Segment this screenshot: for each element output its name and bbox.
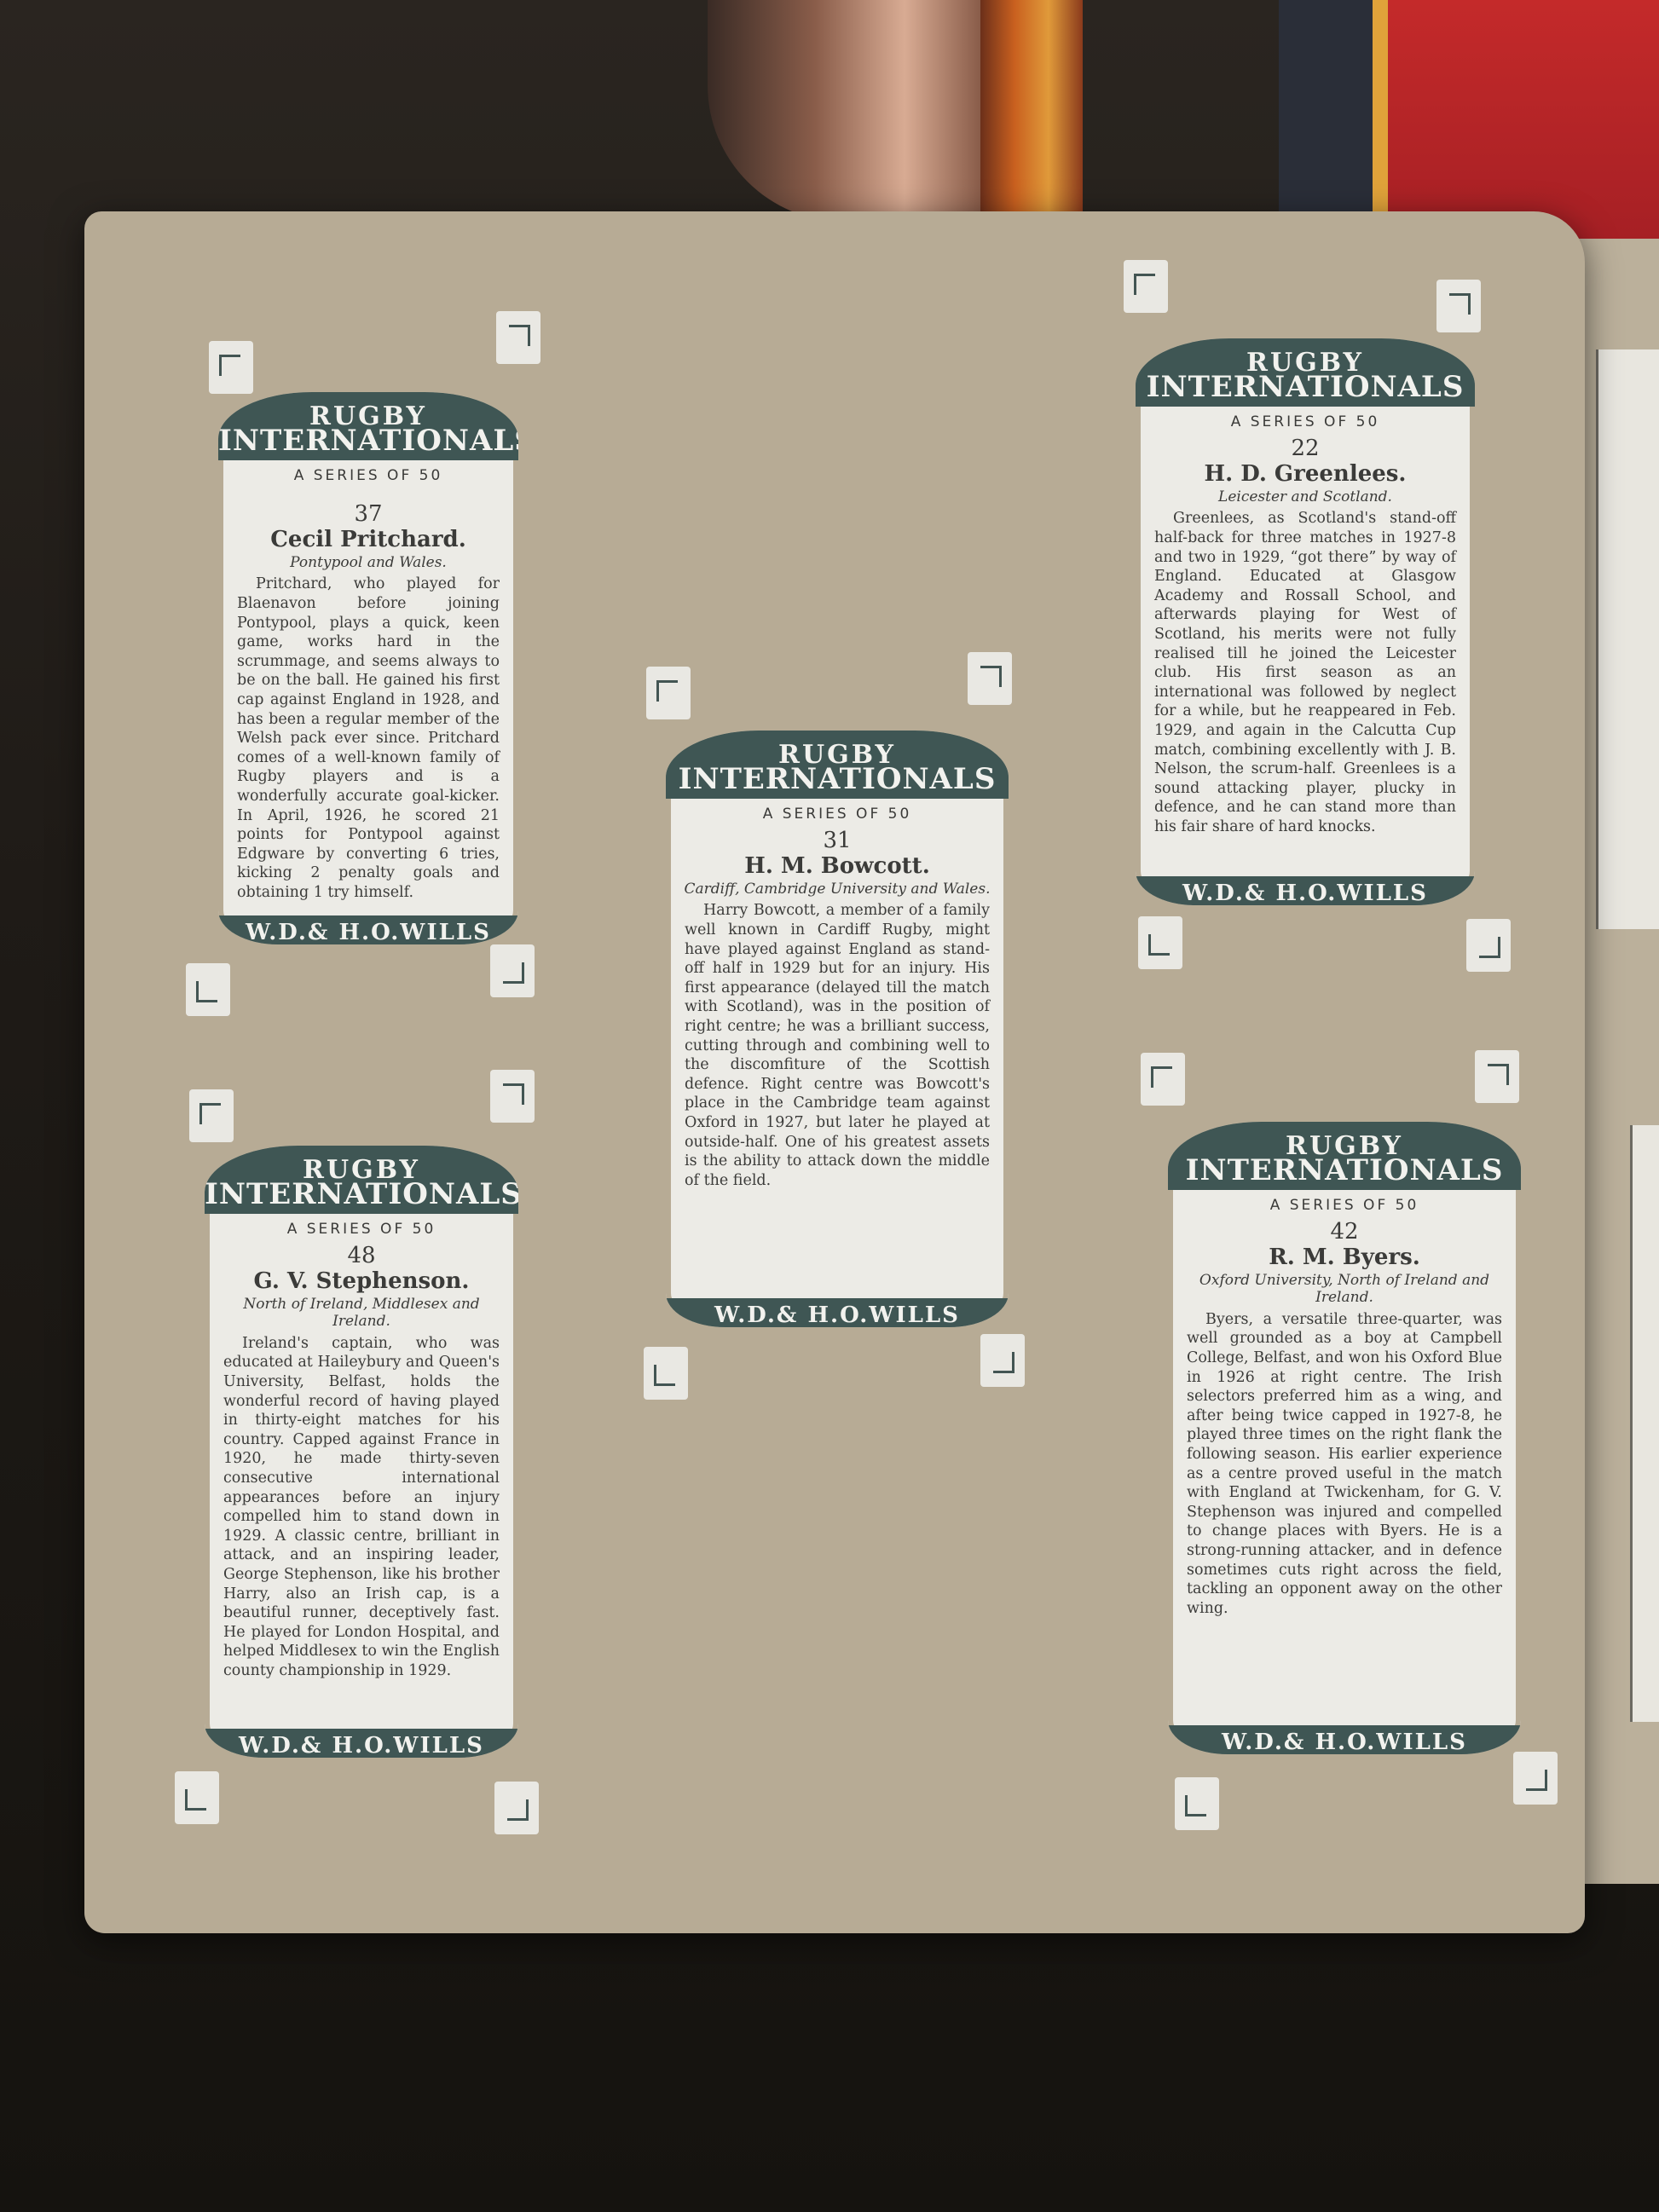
corner-mark-icon (980, 666, 1002, 687)
corner-slot (1475, 1050, 1519, 1103)
player-bio: Greenlees, as Scotland's stand-off half-… (1154, 509, 1456, 836)
corner-mark-icon (199, 1103, 221, 1124)
series-label: A SERIES OF 50 (666, 806, 1009, 823)
card-byers: RUGBY INTERNATIONALS A SERIES OF 50 42 R… (1168, 1122, 1521, 1754)
corner-slot (1513, 1752, 1558, 1805)
player-bio: Harry Bowcott, a member of a family well… (685, 901, 990, 1190)
player-bio: Byers, a versatile three-quarter, was we… (1187, 1310, 1502, 1619)
corner-slot (494, 1782, 539, 1834)
corner-mark-icon (1148, 934, 1170, 956)
corner-slot (980, 1334, 1025, 1387)
header-internationals: INTERNATIONALS (205, 1180, 518, 1209)
header-internationals: INTERNATIONALS (1136, 373, 1475, 401)
corner-mark-icon (1479, 937, 1500, 958)
player-name: H. M. Bowcott. (666, 853, 1009, 879)
player-name: G. V. Stephenson. (205, 1268, 518, 1294)
corner-mark-icon (219, 355, 240, 376)
card-footer-band: W.D.& H.O.WILLS (666, 1298, 1009, 1327)
card-bowcott: RUGBY INTERNATIONALS A SERIES OF 50 31 H… (666, 731, 1009, 1327)
corner-slot (1175, 1777, 1219, 1830)
corner-slot (1141, 1053, 1185, 1106)
corner-mark-icon (654, 1365, 675, 1386)
corner-slot (209, 341, 253, 394)
peek-card-bottom (1630, 1125, 1659, 1722)
corner-mark-icon (503, 1083, 524, 1105)
corner-mark-icon (509, 325, 530, 346)
peek-card-top (1596, 349, 1659, 929)
corner-slot (646, 667, 691, 719)
corner-slot (189, 1089, 234, 1142)
card-stephenson: RUGBY INTERNATIONALS A SERIES OF 50 48 G… (205, 1146, 518, 1758)
header-internationals: INTERNATIONALS (666, 765, 1009, 794)
card-header-band: RUGBY INTERNATIONALS (1136, 338, 1475, 407)
card-footer-band: W.D.& H.O.WILLS (1136, 876, 1475, 905)
card-pritchard: RUGBY INTERNATIONALS A SERIES OF 50 37 C… (218, 392, 518, 944)
series-label: A SERIES OF 50 (1136, 413, 1475, 430)
header-internationals: INTERNATIONALS (1168, 1156, 1521, 1185)
card-number: 22 (1136, 436, 1475, 461)
player-club: North of Ireland, Middlesex and Ireland. (213, 1296, 510, 1331)
corner-mark-icon (1526, 1770, 1547, 1791)
corner-mark-icon (1185, 1795, 1206, 1816)
player-club: Pontypool and Wales. (227, 554, 510, 571)
series-label: A SERIES OF 50 (1168, 1197, 1521, 1214)
corner-slot (175, 1771, 219, 1824)
corner-mark-icon (503, 962, 524, 984)
player-bio: Ireland's captain, who was educated at H… (223, 1334, 500, 1681)
corner-slot (644, 1347, 688, 1400)
series-label: A SERIES OF 50 (218, 467, 518, 484)
card-footer-band: W.D.& H.O.WILLS (1168, 1725, 1521, 1754)
corner-slot (1466, 919, 1511, 972)
corner-slot (490, 944, 535, 997)
corner-slot (496, 311, 540, 364)
corner-slot (968, 652, 1012, 705)
card-header-band: RUGBY INTERNATIONALS (1168, 1122, 1521, 1190)
fabric-orange-stripe (980, 0, 1083, 213)
card-number: 42 (1168, 1219, 1521, 1245)
fabric-dark-panel (1279, 0, 1373, 239)
player-club: Oxford University, North of Ireland and … (1176, 1272, 1512, 1307)
corner-mark-icon (993, 1352, 1014, 1373)
corner-slot (1124, 260, 1168, 313)
player-name: R. M. Byers. (1168, 1245, 1521, 1270)
player-name: Cecil Pritchard. (218, 527, 518, 552)
corner-slot (1436, 280, 1481, 332)
player-name: H. D. Greenlees. (1136, 461, 1475, 487)
corner-mark-icon (507, 1799, 529, 1821)
card-header-band: RUGBY INTERNATIONALS (205, 1146, 518, 1214)
corner-mark-icon (1134, 274, 1155, 295)
player-club: Cardiff, Cambridge University and Wales. (674, 881, 1000, 898)
header-internationals: INTERNATIONALS (218, 426, 518, 455)
series-label: A SERIES OF 50 (205, 1221, 518, 1238)
card-header-band: RUGBY INTERNATIONALS (218, 392, 518, 460)
card-number: 48 (205, 1243, 518, 1268)
corner-mark-icon (656, 680, 678, 702)
card-footer-band: W.D.& H.O.WILLS (218, 915, 518, 944)
corner-mark-icon (1151, 1066, 1172, 1088)
fabric-gold-stripe (1373, 0, 1388, 247)
corner-mark-icon (196, 981, 217, 1002)
player-club: Leicester and Scotland. (1144, 488, 1466, 505)
corner-mark-icon (185, 1789, 206, 1811)
card-greenlees: RUGBY INTERNATIONALS A SERIES OF 50 22 H… (1136, 338, 1475, 905)
card-number: 37 (218, 501, 518, 527)
corner-slot (490, 1070, 535, 1123)
corner-slot (186, 963, 230, 1016)
card-number: 31 (666, 828, 1009, 853)
corner-mark-icon (1488, 1064, 1509, 1085)
card-footer-band: W.D.& H.O.WILLS (205, 1729, 518, 1758)
card-header-band: RUGBY INTERNATIONALS (666, 731, 1009, 799)
corner-mark-icon (1449, 293, 1471, 315)
player-bio: Pritchard, who played for Blaenavon befo… (237, 575, 500, 902)
corner-slot (1138, 916, 1182, 969)
